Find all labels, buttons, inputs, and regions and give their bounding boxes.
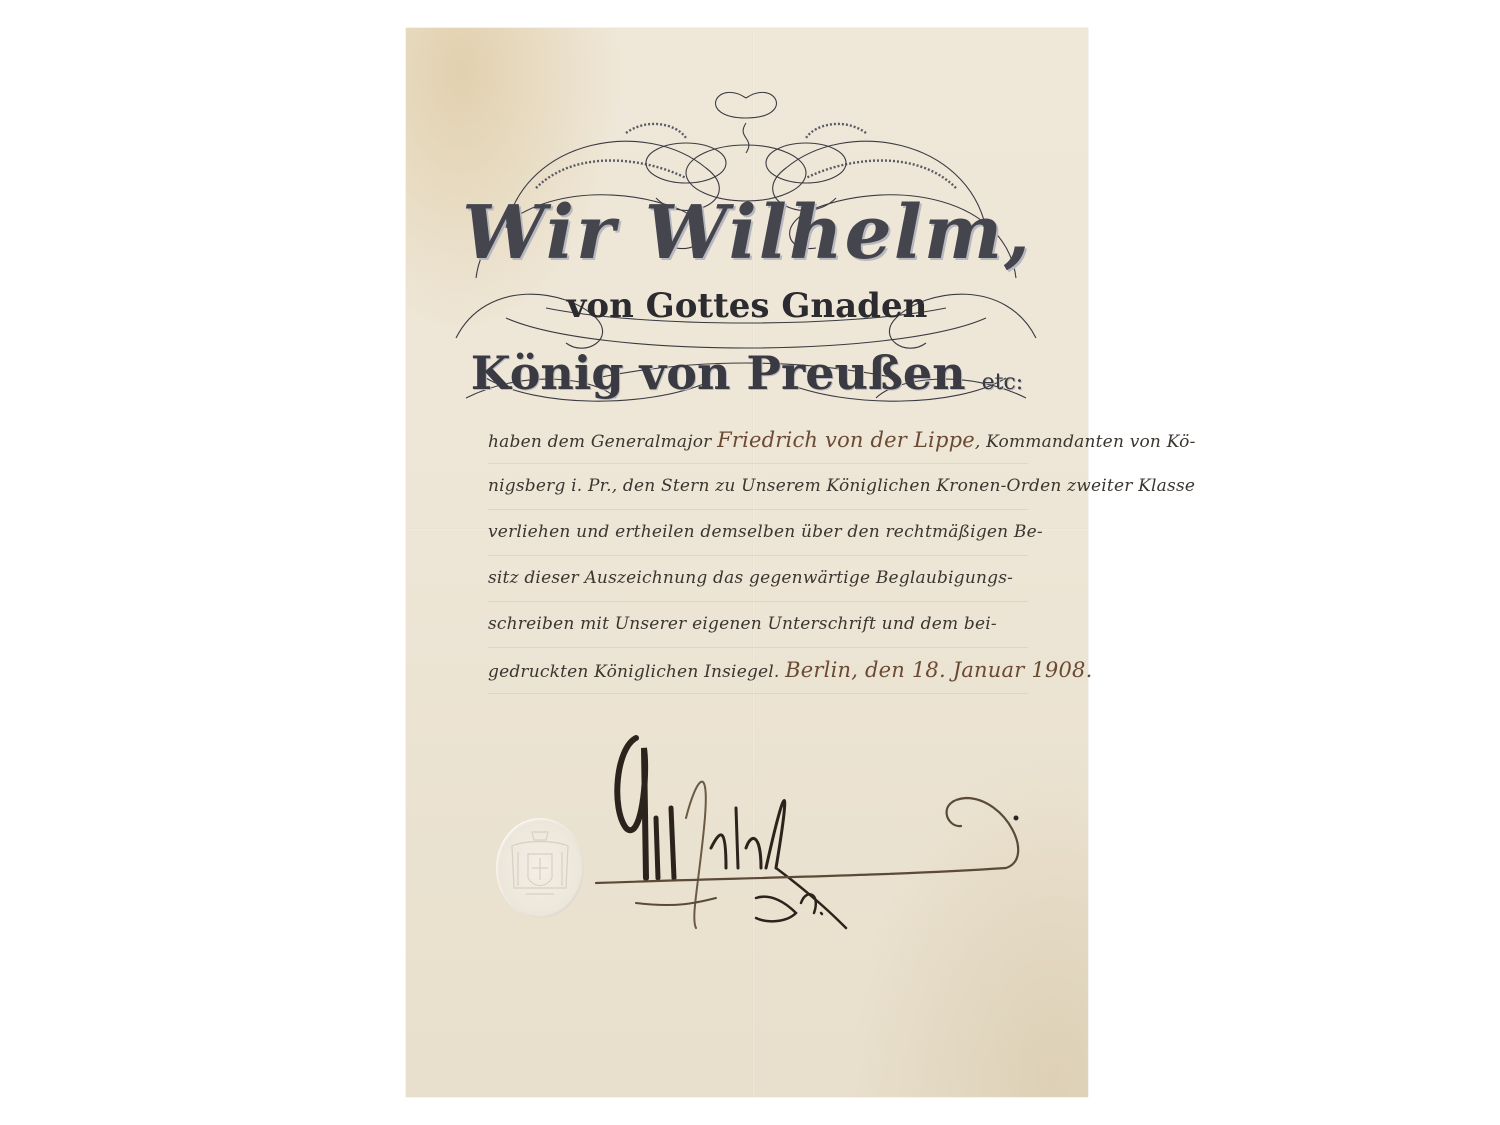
body-text: schreiben mit Unserer eigenen Unterschri… bbox=[488, 614, 997, 634]
body-line: schreiben mit Unserer eigenen Unterschri… bbox=[488, 602, 1028, 648]
body-text: gedruckten Königlichen Insiegel. bbox=[488, 662, 785, 682]
coat-of-arms-icon bbox=[496, 818, 584, 918]
header-royal-title: König von Preußen etc: bbox=[406, 346, 1088, 400]
embossed-seal bbox=[496, 818, 584, 918]
royal-title-suffix: etc: bbox=[982, 370, 1024, 395]
body-text: verliehen und ertheilen demselben über d… bbox=[488, 522, 1043, 542]
body-text: nigsberg i. Pr., den Stern zu Unserem Kö… bbox=[488, 476, 1195, 496]
body-line: verliehen und ertheilen demselben über d… bbox=[488, 510, 1028, 556]
certificate-body-text: haben dem Generalmajor Friedrich von der… bbox=[488, 418, 1028, 694]
recipient-name: Friedrich von der Lippe bbox=[717, 428, 975, 452]
body-text: sitz dieser Auszeichnung das gegenwärtig… bbox=[488, 568, 1013, 588]
body-line: haben dem Generalmajor Friedrich von der… bbox=[488, 418, 1028, 464]
royal-title-text: König von Preußen bbox=[471, 346, 966, 400]
royal-signature bbox=[586, 718, 1046, 948]
place-and-date: Berlin, den 18. Januar 1908. bbox=[785, 658, 1092, 682]
header-title: Wir Wilhelm, bbox=[406, 190, 1088, 276]
body-line: gedruckten Königlichen Insiegel. Berlin,… bbox=[488, 648, 1028, 694]
body-line: nigsberg i. Pr., den Stern zu Unserem Kö… bbox=[488, 464, 1028, 510]
header-subtitle: von Gottes Gnaden bbox=[406, 286, 1088, 326]
body-text: haben dem Generalmajor bbox=[488, 432, 717, 452]
body-line: sitz dieser Auszeichnung das gegenwärtig… bbox=[488, 556, 1028, 602]
body-text: , Kommandanten von Kö- bbox=[975, 432, 1196, 452]
certificate-paper: Wir Wilhelm, von Gottes Gnaden König von… bbox=[406, 28, 1088, 1097]
